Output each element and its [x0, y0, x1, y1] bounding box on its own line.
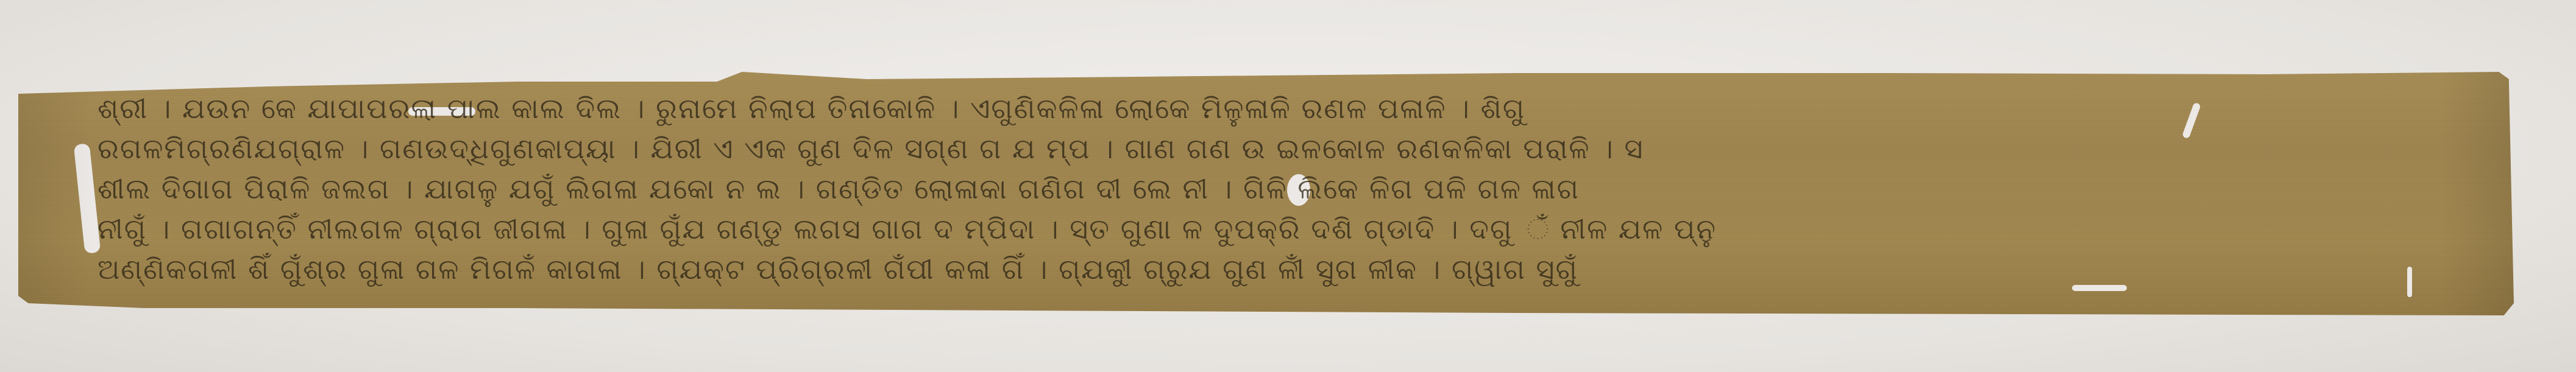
manuscript-line-2: ରଗଳମିଗ୍ରଣିଯଗ୍ରାଳ । ଗଣଉଦ୍ଧିଗୁଣକାପ୍ୟା । ଯି… [98, 128, 2486, 169]
manuscript-line-3: ଶୀଲ ଦିଗାଗ ପିରାଳି ଜଲଗ । ଯାଗଳୁ ଯଗୁଁ ଲିଗଳା … [98, 169, 2486, 209]
manuscript-line-1: ଶ୍ରୀ । ଯଉନ କେ ଯାପାପରଲା ପାଲ କାଲ ଦିଲ । ରୁନ… [98, 88, 2486, 128]
manuscript-line-4: ନୀଗୁଁ । ଗଗାଗନ୍ତିଁ ନୀଲଗଳ ଗ୍ରାଗ ଜୀଗଳା । ଗୁ… [98, 209, 2486, 249]
manuscript-line-5: ଅଣ୍ଣିକଗଳୀ ଶିଁ ଗୁଁଶ୍ର ଗୁଳା ଗଳ ମିଗଳଁ କାଗଳା… [98, 249, 2486, 289]
leaf-tear [74, 143, 101, 254]
manuscript-text: ଶ୍ରୀ । ଯଉନ କେ ଯାପାପରଲା ପାଲ କାଲ ଦିଲ । ରୁନ… [98, 88, 2486, 289]
